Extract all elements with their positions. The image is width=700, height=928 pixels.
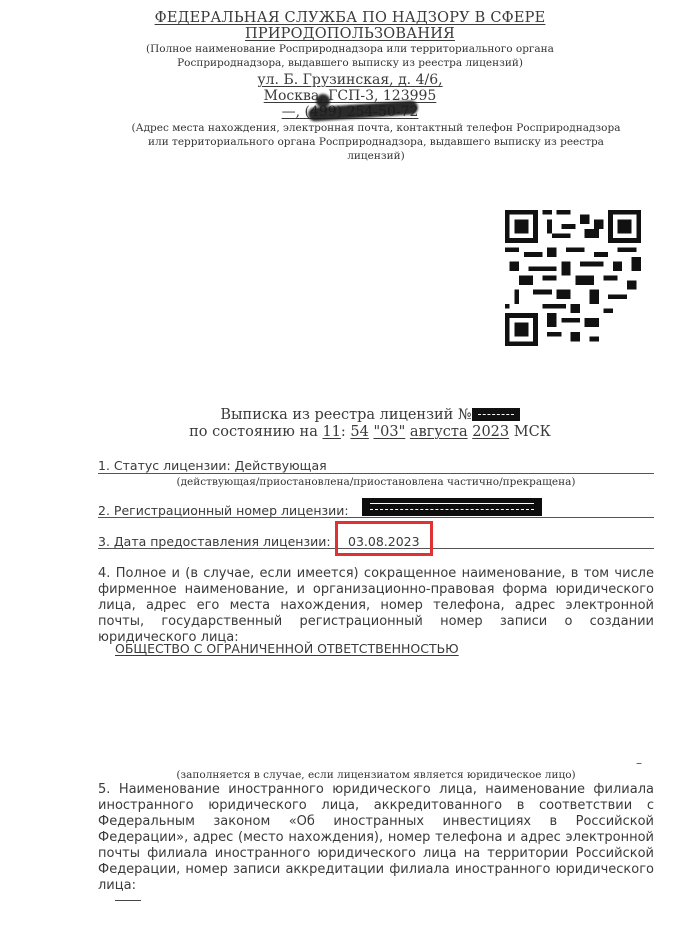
qr-code-icon	[503, 210, 643, 346]
status-hint: (действующая/приостановлена/приостановле…	[98, 475, 654, 489]
address-line1: ул. Б. Грузинская, д. 4/6,	[200, 72, 500, 88]
extract-title-line1: Выписка из реестра лицензий №	[130, 407, 610, 424]
address-hint-line1: (Адрес места нахождения, электронная поч…	[96, 121, 656, 135]
agency-name-line1: ФЕДЕРАЛЬНАЯ СЛУЖБА ПО НАДЗОРУ В СФЕРЕ	[120, 10, 580, 26]
extract-title: Выписка из реестра лицензий № по состоян…	[130, 407, 610, 441]
as-of-label: по состоянию на	[189, 424, 318, 440]
status-underline	[98, 458, 654, 474]
address-line2: Москва, ГСП-3, 123995	[200, 88, 500, 104]
extract-year: 2023	[472, 424, 509, 440]
redacted-extract-number	[472, 408, 520, 421]
address-hint-line2: или территориального органа Росприроднад…	[96, 135, 656, 149]
address-hint-line3: лицензий)	[96, 149, 656, 163]
agency-name: ФЕДЕРАЛЬНАЯ СЛУЖБА ПО НАДЗОРУ В СФЕРЕ ПР…	[120, 10, 580, 42]
extract-minute: 54	[350, 424, 368, 440]
extract-timezone: МСК	[514, 424, 551, 440]
agency-hint-line2: Росприроднадзора, выдавшего выписку из р…	[100, 56, 600, 70]
agency-hint-line1: (Полное наименование Росприроднадзора ил…	[100, 42, 600, 56]
agency-name-line2: ПРИРОДОПОЛЬЗОВАНИЯ	[120, 26, 580, 42]
date-highlight-box	[335, 521, 433, 556]
agency-hint: (Полное наименование Росприроднадзора ил…	[100, 42, 600, 70]
section-4-text: 4. Полное и (в случае, если имеется) сок…	[98, 566, 654, 646]
extract-month: августа	[410, 424, 468, 440]
section-5-text: 5. Наименование иностранного юридическог…	[98, 782, 654, 894]
redacted-registration-number	[362, 498, 542, 516]
extract-title-prefix: Выписка из реестра лицензий №	[220, 407, 471, 423]
section-4-hint: (заполняется в случае, если лицензиатом …	[98, 768, 654, 782]
section-5-blank-line	[115, 900, 141, 901]
extract-date-line: по состоянию на 11: 54 "03" августа 2023…	[130, 424, 610, 441]
address-hint: (Адрес места нахождения, электронная поч…	[96, 121, 656, 163]
organization-form: ОБЩЕСТВО С ОГРАНИЧЕННОЙ ОТВЕТСТВЕННОСТЬЮ	[115, 641, 459, 656]
extract-hour: 11	[322, 424, 340, 440]
extract-day: "03"	[373, 424, 405, 440]
